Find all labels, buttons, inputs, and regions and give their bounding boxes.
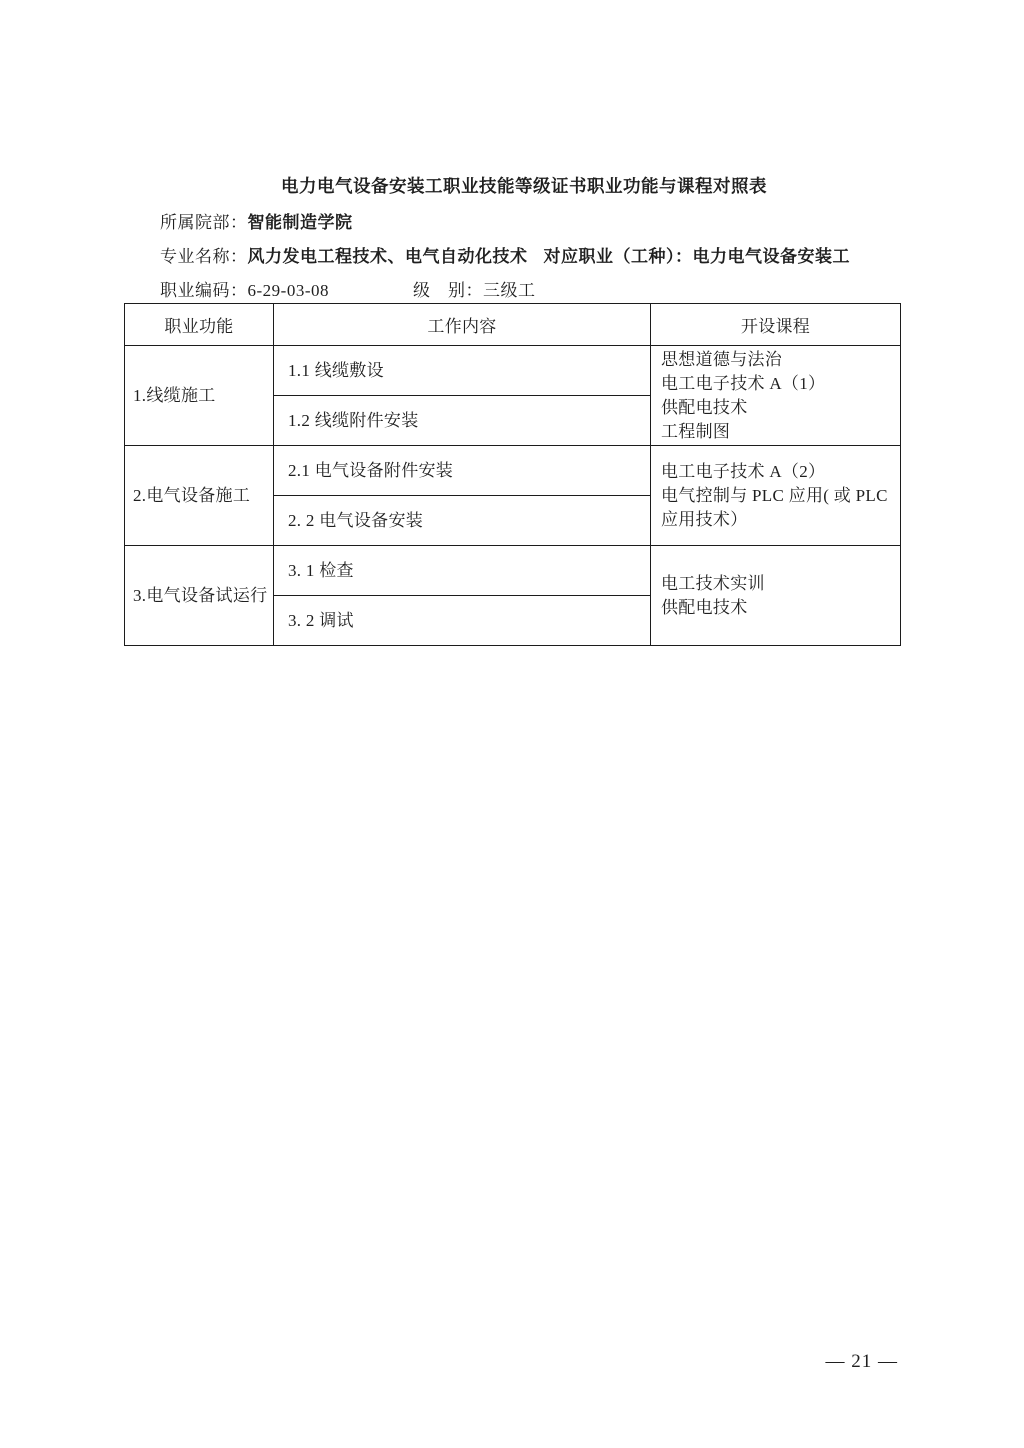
meta-line-major: 专业名称：风力发电工程技术、电气自动化技术对应职业（工种）：电力电气设备安装工 [160,245,850,269]
table-header-row: 职业功能 工作内容 开设课程 [125,304,901,346]
course-line: 电气控制与 PLC 应用( 或 PLC [661,484,898,508]
page-title: 电力电气设备安装工职业技能等级证书职业功能与课程对照表 [0,174,1024,198]
courses-cell-3: 电工技术实训 供配电技术 [651,546,901,646]
meta-line-department: 所属院部：智能制造学院 [160,211,353,235]
course-line: 思想道德与法治 [661,348,898,372]
major-value: 风力发电工程技术、电气自动化技术 [248,247,528,266]
courses-cell-2: 电工电子技术 A（2） 电气控制与 PLC 应用( 或 PLC 应用技术） [651,446,901,546]
course-line: 供配电技术 [661,596,898,620]
occupation-value: 电力电气设备安装工 [693,247,851,266]
page-number: — 21 — [826,1351,899,1373]
task-cell-2-2: 2. 2 电气设备安装 [274,496,651,546]
department-label: 所属院部： [160,213,248,232]
document-page: 电力电气设备安装工职业技能等级证书职业功能与课程对照表 所属院部：智能制造学院 … [0,0,1024,1448]
header-function: 职业功能 [125,304,274,346]
table-row: 1.线缆施工 1.1 线缆敷设 思想道德与法治 电工电子技术 A（1） 供配电技… [125,346,901,396]
function-cell-2: 2.电气设备施工 [125,446,274,546]
task-cell-2-1: 2.1 电气设备附件安装 [274,446,651,496]
header-work-content: 工作内容 [274,304,651,346]
function-course-table: 职业功能 工作内容 开设课程 1.线缆施工 1.1 线缆敷设 思想道德与法治 电… [124,303,901,646]
function-cell-3: 3.电气设备试运行 [125,546,274,646]
course-line: 电工技术实训 [661,572,898,596]
table-row: 2.电气设备施工 2.1 电气设备附件安装 电工电子技术 A（2） 电气控制与 … [125,446,901,496]
course-line: 电工电子技术 A（2） [661,460,898,484]
level-label: 级 别： [413,281,483,300]
department-value: 智能制造学院 [248,213,353,232]
course-line: 供配电技术 [661,396,898,420]
code-label: 职业编码： [160,281,248,300]
course-line: 工程制图 [661,420,898,444]
task-cell-3-1: 3. 1 检查 [274,546,651,596]
function-cell-1: 1.线缆施工 [125,346,274,446]
header-courses: 开设课程 [651,304,901,346]
occupation-label: 对应职业（工种）： [544,247,693,266]
table-row: 3.电气设备试运行 3. 1 检查 电工技术实训 供配电技术 [125,546,901,596]
task-cell-1-1: 1.1 线缆敷设 [274,346,651,396]
task-cell-3-2: 3. 2 调试 [274,596,651,646]
course-line: 电工电子技术 A（1） [661,372,898,396]
task-cell-1-2: 1.2 线缆附件安装 [274,396,651,446]
code-value: 6-29-03-08 [248,281,329,300]
major-label: 专业名称： [160,247,248,266]
course-line: 应用技术） [661,508,898,532]
level-value: 三级工 [483,281,536,300]
meta-line-code-level: 职业编码：6-29-03-08级 别：三级工 [160,279,535,303]
courses-cell-1: 思想道德与法治 电工电子技术 A（1） 供配电技术 工程制图 [651,346,901,446]
